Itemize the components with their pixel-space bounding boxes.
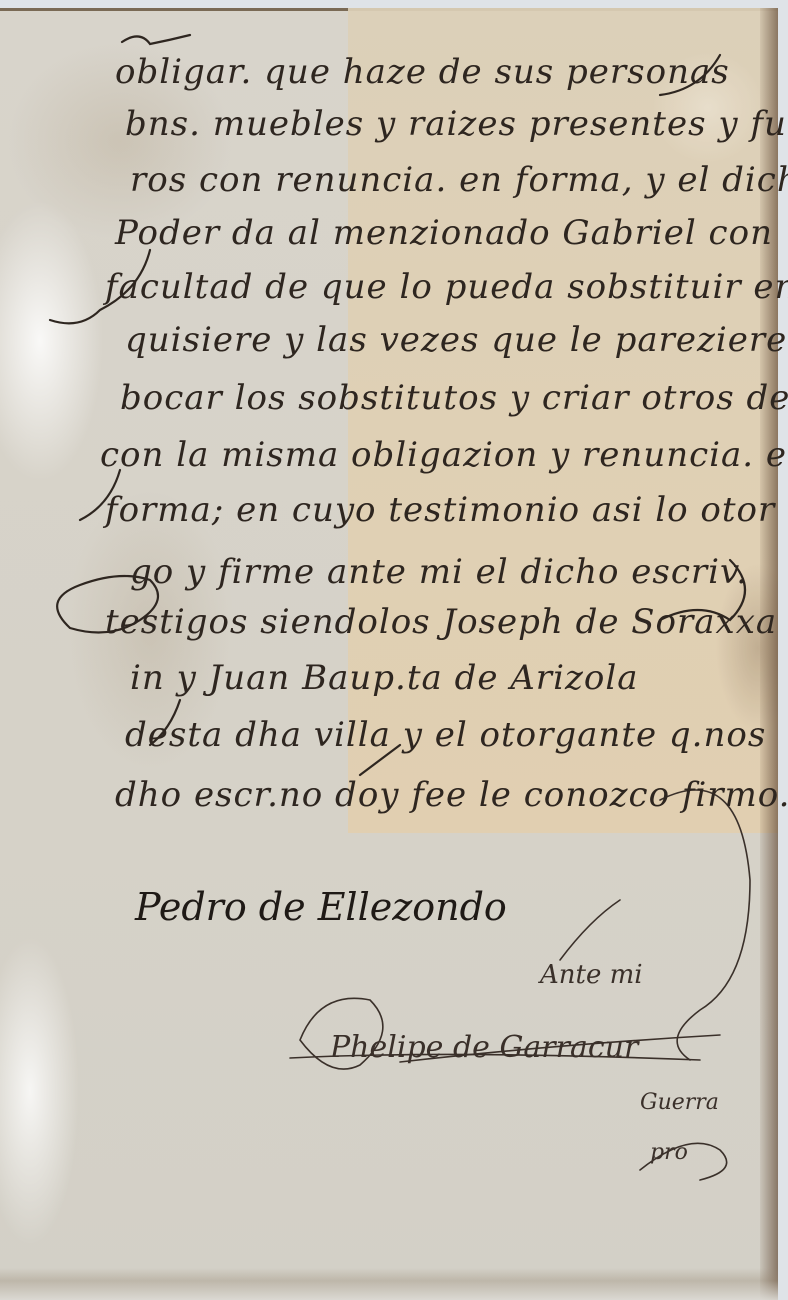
grantor-signature: Pedro de Ellezondo	[135, 885, 507, 929]
manuscript-line: Poder da al menzionado Gabriel con	[115, 213, 773, 253]
manuscript-line: obligar. que haze de sus personas	[115, 52, 730, 92]
manuscript-line: forma; en cuyo testimonio asi lo otor	[105, 490, 775, 530]
manuscript-line: bocar los sobstitutos y criar otros de n…	[120, 378, 788, 418]
manuscript-line: desta dha villa y el otorgante q.nos	[125, 715, 766, 755]
ante-mi-label: Ante mi	[540, 960, 643, 990]
manuscript-line: go y firme ante mi el dicho escriv.	[130, 552, 748, 592]
manuscript-line: in y Juan Baup.ta de Arizola	[130, 658, 638, 698]
manuscript-line: ros con renuncia. en forma, y el dicho	[130, 160, 788, 200]
manuscript-page: obligar. que haze de sus personas bns. m…	[0, 0, 788, 1300]
derechos-note: Guerra	[640, 1090, 719, 1115]
manuscript-line: bns. muebles y raizes presentes y futu	[125, 104, 788, 144]
manuscript-line: con la misma obligazion y renuncia. en	[100, 435, 788, 475]
worn-right-edge	[760, 8, 778, 1300]
manuscript-line: facultad de que lo pueda sobstituir en q…	[105, 267, 788, 307]
manuscript-line: testigos siendolos Joseph de Soraxxa	[105, 602, 777, 642]
manuscript-line: dho escr.no doy fee le conozco firmo.	[115, 775, 788, 815]
notary-signature: Phelipe de Garracur	[330, 1030, 638, 1065]
derechos-sub-note: pro	[650, 1140, 688, 1165]
manuscript-line: quisiere y las vezes que le pareziere re	[125, 320, 788, 360]
worn-bottom-edge	[0, 1268, 778, 1300]
